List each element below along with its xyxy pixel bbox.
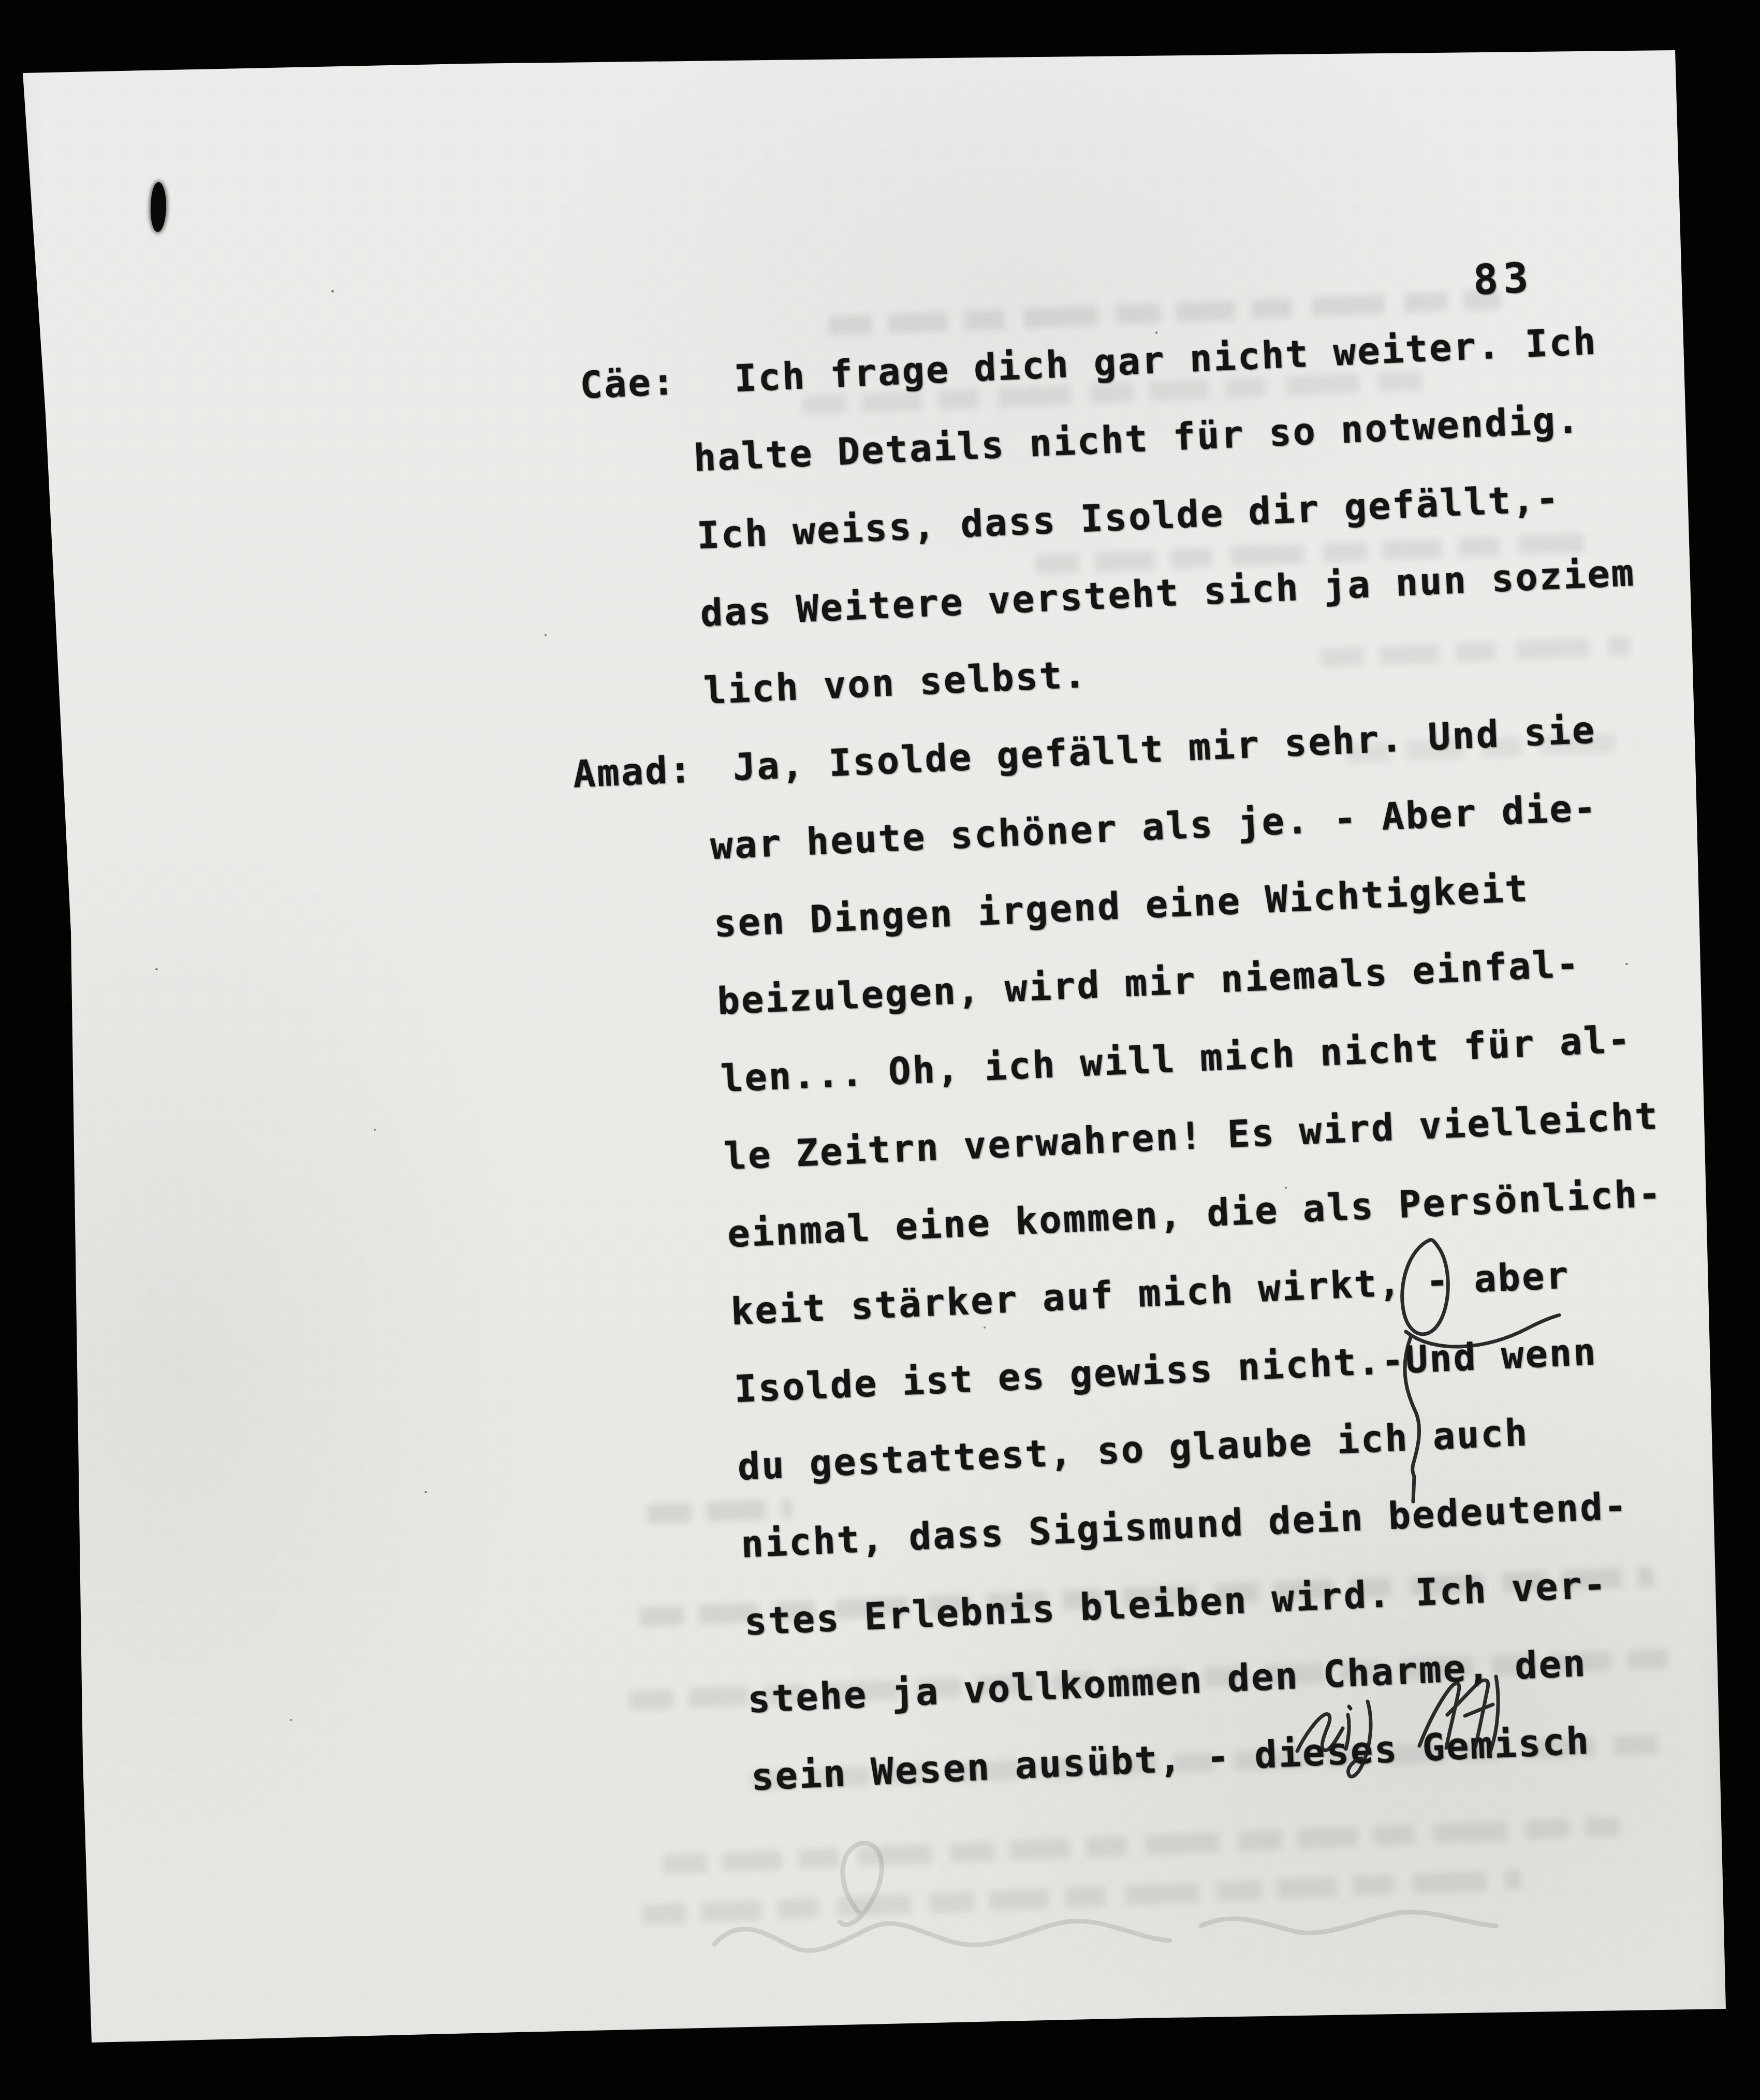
- scanned-document: 83 Cäe:Ich frage dich gar nicht weiter. …: [0, 0, 1760, 2100]
- typescript-page: 83 Cäe:Ich frage dich gar nicht weiter. …: [0, 0, 1760, 2100]
- page-edge-shadow: [0, 0, 1760, 2100]
